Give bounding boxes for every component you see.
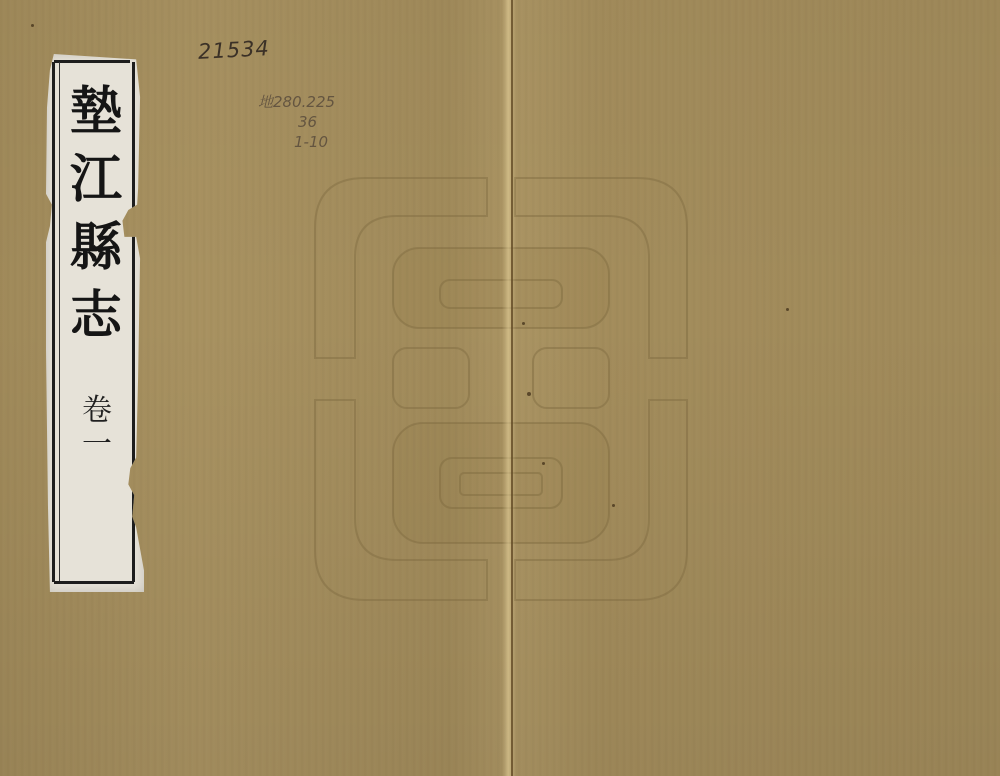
handwritten-catalog-number: 21534: [197, 36, 270, 64]
call-number-line-2: 36: [258, 112, 335, 132]
volume-char-2: 一: [82, 430, 112, 460]
title-char-3: 縣: [70, 214, 122, 282]
title-char-1: 墊: [70, 78, 122, 146]
book-title: 墊 江 縣 志: [64, 78, 128, 350]
label-border-top: [54, 60, 130, 63]
label-border-inner: [59, 62, 60, 582]
label-border-right: [132, 62, 135, 582]
center-fold-crease: [500, 0, 524, 776]
title-char-2: 江: [70, 146, 122, 214]
title-char-4: 志: [70, 282, 122, 350]
title-label-slip: 墊 江 縣 志 卷 一: [46, 54, 144, 592]
volume-number: 卷 一: [82, 392, 112, 460]
scanned-book-cover: 21534 地280.225 36 1-10 墊 江 縣 志 卷 一: [0, 0, 1000, 776]
handwritten-call-number: 地280.225 36 1-10: [258, 92, 335, 152]
volume-char-1: 卷: [82, 392, 112, 430]
call-number-line-3: 1-10: [258, 132, 335, 152]
label-border-left: [52, 62, 55, 582]
label-border-bottom: [54, 581, 134, 584]
call-number-line-1: 地280.225: [258, 92, 335, 112]
